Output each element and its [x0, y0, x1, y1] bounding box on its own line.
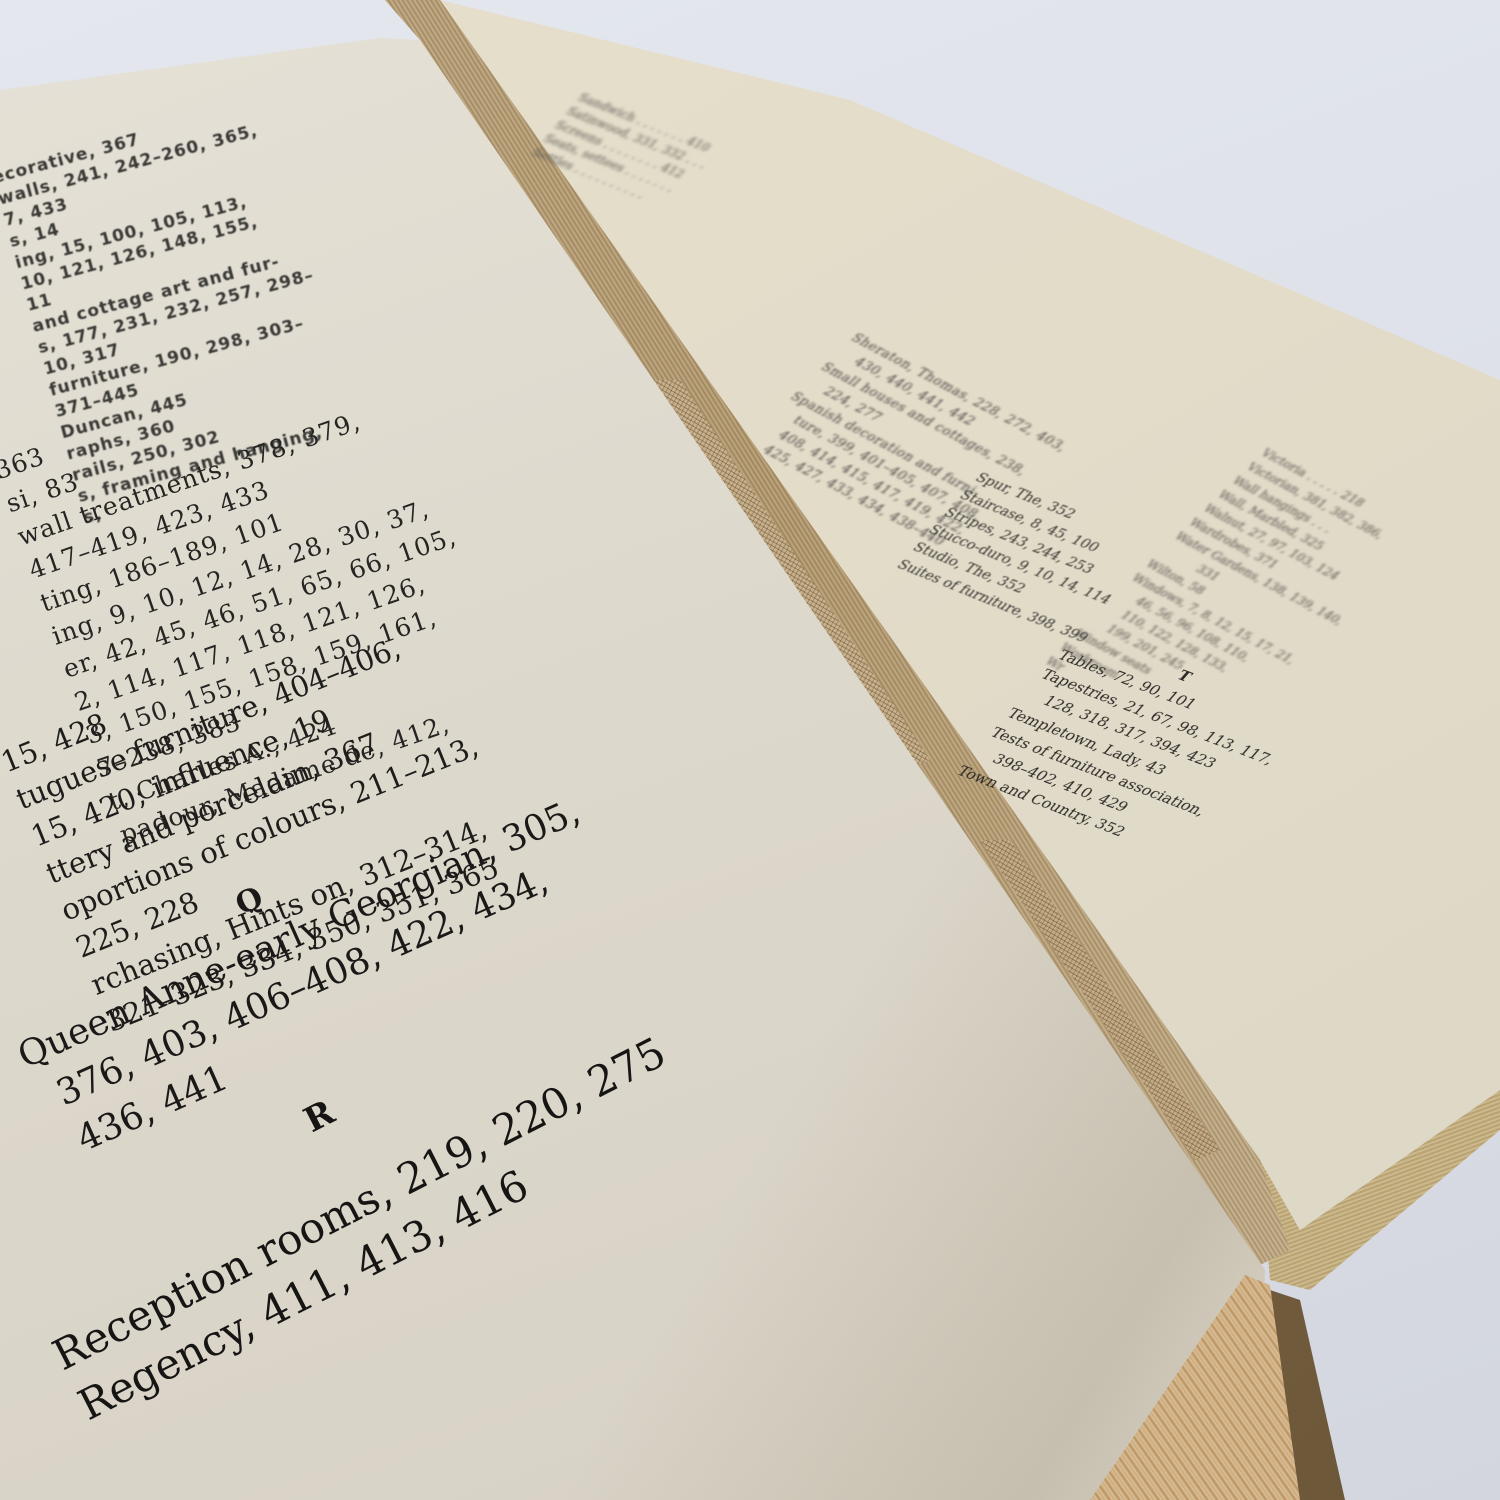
book-photo-scene: ecorative, 367 walls, 241, 242–260, 365,…: [0, 0, 1500, 1500]
